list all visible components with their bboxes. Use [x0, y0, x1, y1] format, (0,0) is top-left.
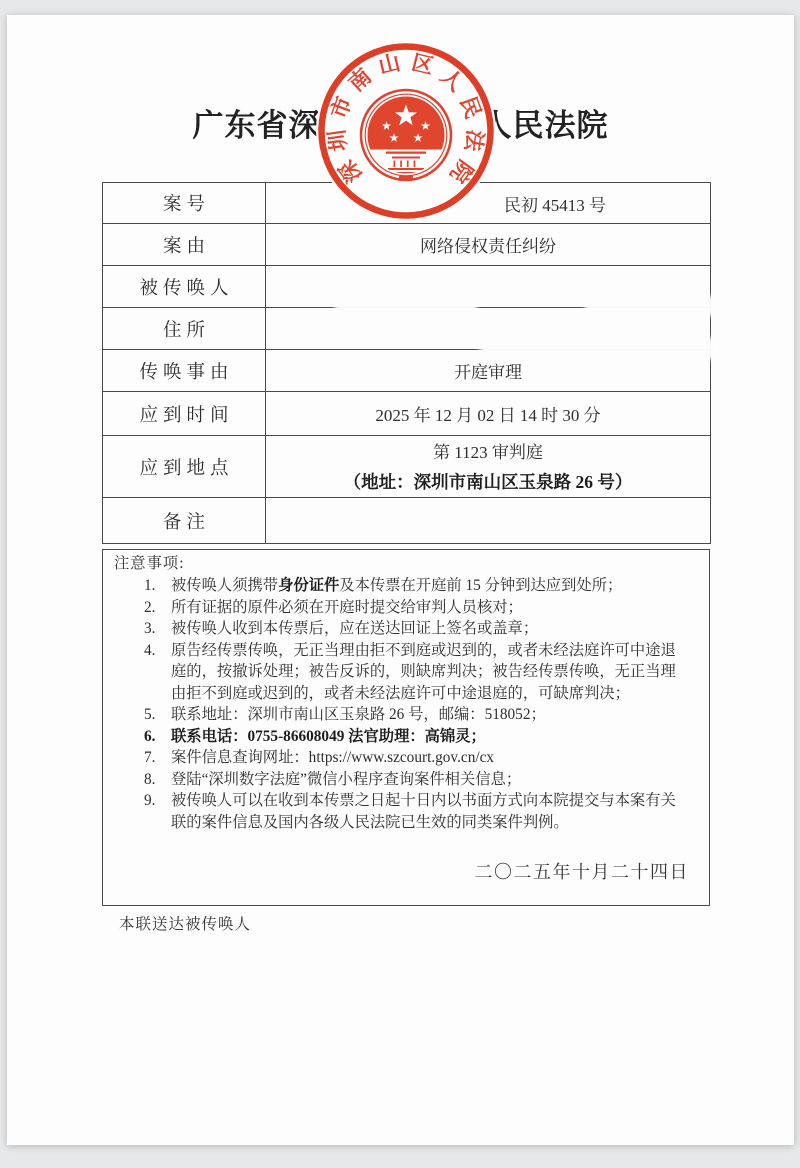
note-number: 2. [144, 597, 155, 619]
seal-ring-char: 法 [460, 128, 487, 153]
note-number: 4. [144, 640, 155, 662]
note-number: 7. [144, 747, 155, 769]
note-text: 被传唤人须携带 [171, 577, 278, 594]
note-text: 案件信息查询网址：https://www.szcourt.gov.cn/cx [171, 749, 494, 766]
summoned-person-value [266, 266, 711, 308]
row-label: 案号 [103, 183, 266, 224]
appearance-place-value: 第 1123 审判庭 （地址：深圳市南山区玉泉路 26 号） [266, 436, 711, 498]
row-label: 应到时间 [103, 392, 266, 436]
note-number: 3. [144, 618, 155, 640]
table-row: 应到地点 第 1123 审判庭 （地址：深圳市南山区玉泉路 26 号） [103, 436, 711, 498]
note-text: 所有证据的原件必须在开庭时提交给审判人员核对； [171, 599, 523, 616]
table-row: 传唤事由 开庭审理 [103, 350, 711, 392]
note-number: 1. [144, 575, 155, 597]
note-number: 5. [144, 704, 155, 726]
note-item: 7.案件信息查询网址：https://www.szcourt.gov.cn/cx [103, 747, 709, 769]
notes-heading: 注意事项: [114, 553, 184, 575]
cause-value: 网络侵权责任纠纷 [266, 224, 711, 266]
note-text: 被传唤人收到本传票后，应在送达回证上签名或盖章； [171, 620, 538, 637]
note-text: 登陆“深圳数字法庭”微信小程序查询案件相关信息； [171, 771, 521, 788]
notes-box: 注意事项: 1.被传唤人须携带身份证件及本传票在开庭前 15 分钟到达应到处所；… [102, 549, 710, 906]
note-text: 联系地址：深圳市南山区玉泉路 26 号，邮编：518052； [171, 706, 546, 723]
footer-note: 本联送达被传唤人 [119, 912, 251, 934]
note-number: 9. [144, 790, 155, 812]
emblem-gear [399, 176, 413, 182]
summons-reason-value: 开庭审理 [266, 350, 711, 392]
court-address-line: （地址：深圳市南山区玉泉路 26 号） [266, 468, 710, 496]
courtroom-line: 第 1123 审判庭 [266, 438, 710, 468]
note-item: 9.被传唤人可以在收到本传票之日起十日内以书面方式向本院提交与本案有关联的案件信… [103, 790, 709, 833]
residence-value [266, 308, 711, 350]
note-text: 联系电话：0755-86608049 法官助理：高锦灵； [171, 728, 486, 745]
court-seal: 深圳市南山区人民法院 [314, 39, 498, 223]
issue-date: 二〇二五年十月二十四日 [475, 862, 690, 884]
note-item: 5.联系地址：深圳市南山区玉泉路 26 号，邮编：518052； [103, 704, 709, 726]
document-page: 广东省深圳市南山区人民法院 案号 民初 45413 号 案由 网络侵权责任纠纷 … [7, 15, 794, 1145]
note-item: 3.被传唤人收到本传票后，应在送达回证上签名或盖章； [103, 618, 709, 640]
remark-value [266, 498, 711, 544]
note-text: 及本传票在开庭前 15 分钟到达应到处所； [339, 577, 622, 594]
note-item: 2.所有证据的原件必须在开庭时提交给审判人员核对； [103, 597, 709, 619]
row-label: 备注 [103, 498, 266, 544]
row-label: 住所 [103, 308, 266, 350]
row-label: 案由 [103, 224, 266, 266]
note-item-contact-phone: 6.联系电话：0755-86608049 法官助理：高锦灵； [103, 726, 709, 748]
note-number: 8. [144, 769, 155, 791]
row-label: 被传唤人 [103, 266, 266, 308]
table-row: 备注 [103, 498, 711, 544]
note-text-bold: 身份证件 [278, 577, 339, 594]
note-number: 6. [144, 726, 155, 748]
note-item: 1.被传唤人须携带身份证件及本传票在开庭前 15 分钟到达应到处所； [103, 575, 709, 597]
appearance-time-value: 2025 年 12 月 02 日 14 时 30 分 [266, 392, 711, 436]
table-row: 案由 网络侵权责任纠纷 [103, 224, 711, 266]
table-row: 被传唤人 [103, 266, 711, 308]
note-item: 4.原告经传票传唤，无正当理由拒不到庭或迟到的，或者未经法庭许可中途退庭的，按撤… [103, 640, 709, 705]
row-label: 传唤事由 [103, 350, 266, 392]
note-item: 8.登陆“深圳数字法庭”微信小程序查询案件相关信息； [103, 769, 709, 791]
row-label: 应到地点 [103, 436, 266, 498]
seal-ring-char: 圳 [325, 128, 352, 153]
note-text: 被传唤人可以在收到本传票之日起十日内以书面方式向本院提交与本案有关联的案件信息及… [171, 792, 676, 831]
table-row: 应到时间 2025 年 12 月 02 日 14 时 30 分 [103, 392, 711, 436]
notes-list: 1.被传唤人须携带身份证件及本传票在开庭前 15 分钟到达应到处所； 2.所有证… [103, 575, 709, 833]
court-seal-svg: 深圳市南山区人民法院 [314, 39, 498, 223]
table-row: 住所 [103, 308, 711, 350]
summons-table: 案号 民初 45413 号 案由 网络侵权责任纠纷 被传唤人 住所 传唤事由 开… [102, 182, 711, 544]
note-text: 原告经传票传唤，无正当理由拒不到庭或迟到的，或者未经法庭许可中途退庭的，按撤诉处… [171, 642, 676, 702]
